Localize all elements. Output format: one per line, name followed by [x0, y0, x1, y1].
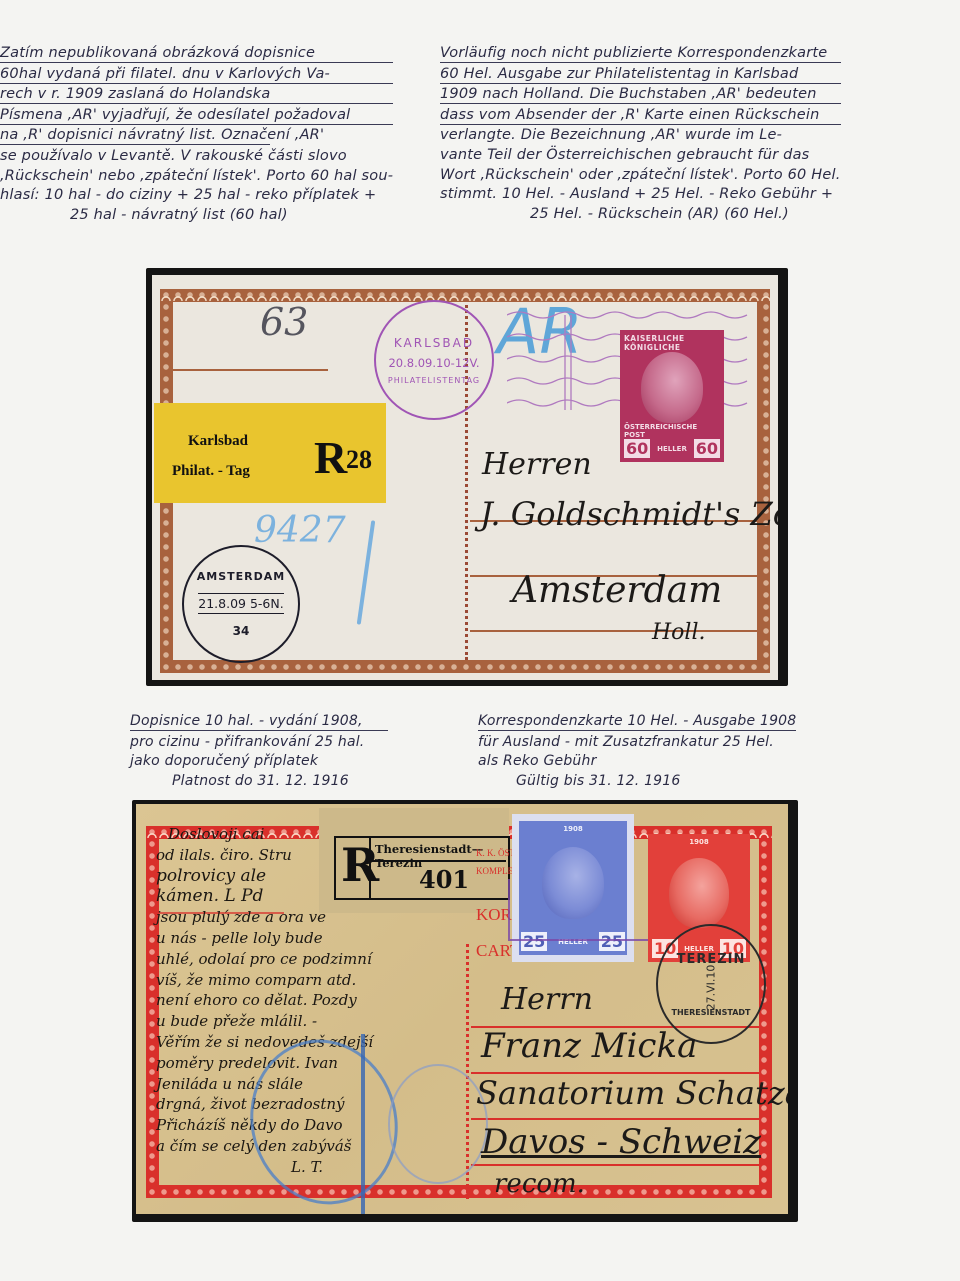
card2-address-line-5: recom.	[494, 1169, 585, 1199]
annotation-line: 25 Hel. - Rückschein (AR) (60 Hel.)	[440, 205, 841, 225]
indicium-value-left: 60	[624, 439, 650, 458]
card2-postcard: Doslovoji cai od ilals. čiro. Stru polro…	[136, 804, 788, 1214]
card2-blue-crayon-stroke	[361, 1034, 365, 1214]
card1-postmark-karlsbad: KARLSBAD 20.8.09.10-12V. PHILATELISTENTA…	[374, 300, 494, 420]
annotation-line: 60hal vydaná při filatel. dnu v Karlovýc…	[0, 65, 393, 84]
card1-registration-label: Karlsbad Philat. - Tag R 28	[154, 403, 386, 503]
card1-address-line-3: Amsterdam	[512, 570, 722, 611]
postmark-date: 27.VI.10	[704, 964, 717, 1010]
annotation-middle-left-czech: Dopisnice 10 hal. - vydání 1908, pro ciz…	[130, 712, 388, 791]
annotation-line: vante Teil der Österreichischen gebrauch…	[440, 146, 841, 166]
indicium-years: 1908	[689, 838, 708, 846]
emperor-portrait-icon	[669, 858, 729, 928]
reg-label-line2: Philat. - Tag	[172, 463, 250, 480]
card2-address-line-3: Sanatorium Schatzalp	[476, 1074, 788, 1112]
annotation-line: pro cizinu - přifrankování 25 hal.	[130, 733, 388, 753]
annotation-line: Dopisnice 10 hal. - vydání 1908,	[130, 712, 388, 731]
annotation-line: Zatím nepublikovaná obrázková dopisnice	[0, 44, 393, 63]
postmark-top-text: AMSTERDAM	[197, 570, 285, 583]
card1-address-line-1: Herren	[482, 447, 592, 482]
card2-address-line	[471, 1164, 761, 1166]
card1-address-line-2: J. Goldschmidt's Zonen	[480, 495, 778, 533]
card1-address-line-4: Holl.	[652, 620, 706, 645]
card1-blue-number: 9427	[254, 510, 346, 551]
reg-label-letter: R	[341, 838, 379, 892]
postmark-top-text: KARLSBAD	[394, 336, 474, 350]
annotation-line: ‚Rückschein' nebo ‚zpáteční lístek'. Por…	[0, 167, 393, 187]
reg-label-number: 28	[346, 445, 372, 475]
annotation-line: se používalo v Levantě. V rakouské části…	[0, 147, 393, 167]
annotation-line: Gültig bis 31. 12. 1916	[478, 772, 796, 792]
card1-writing-line	[173, 369, 328, 371]
card2-censor-seal	[388, 1064, 488, 1184]
card1-address-line	[470, 630, 760, 632]
annotation-line: verlangte. Die Bezeichnung ‚AR' wurde im…	[440, 126, 841, 146]
postmark-date: 20.8.09.10-12V.	[388, 356, 479, 370]
message-line: u nás - pelle loly bude	[156, 928, 476, 949]
annotation-line: hlasí: 10 hal - do ciziny + 25 hal - rek…	[0, 186, 393, 206]
card1-pencil-note: 63	[260, 300, 308, 344]
annotation-line: na ‚R' dopisnici návratný list. Označení…	[0, 126, 270, 145]
annotation-line: Wort ‚Rückschein' oder ‚zpáteční lístek'…	[440, 166, 841, 186]
card2-address-line-2: Franz Micka	[481, 1026, 697, 1066]
annotation-line: Písmena ‚AR' vyjadřují, že odesílatel po…	[0, 106, 393, 125]
indicium-top-text: KAISERLICHE KÖNIGLICHE	[624, 334, 720, 352]
annotation-line: jako doporučený příplatek	[130, 752, 388, 772]
reg-label-number: 401	[419, 865, 469, 894]
annotation-line: 25 hal - návratný list (60 hal)	[0, 206, 393, 226]
stamp-years: 1908	[563, 825, 582, 833]
indicium-side-text: ÖSTERREICHISCHE POST	[624, 423, 720, 439]
annotation-line: Platnost do 31. 12. 1916	[130, 772, 388, 792]
postmark-bottom-text: PHILATELISTENTAG	[388, 376, 480, 385]
annotation-middle-right-german: Korrespondenzkarte 10 Hel. - Ausgabe 190…	[478, 712, 796, 791]
annotation-line: rech v r. 1909 zaslaná do Holandska	[0, 85, 393, 104]
annotation-top-right-german: Vorläufig noch nicht publizierte Korresp…	[440, 44, 841, 224]
card1-postmark-amsterdam: AMSTERDAM 21.8.09 5-6N. 34	[182, 545, 300, 663]
card2-address-line-4: Davos - Schweiz	[481, 1122, 761, 1162]
annotation-line: Korrespondenzkarte 10 Hel. - Ausgabe 190…	[478, 712, 796, 731]
card2-address-line	[471, 1118, 761, 1120]
annotation-line: 60 Hel. Ausgabe zur Philatelistentag in …	[440, 65, 841, 84]
annotation-line: Vorläufig noch nicht publizierte Korresp…	[440, 44, 841, 63]
indicium-currency: HELLER	[657, 445, 687, 453]
reg-label-line1: Karlsbad	[188, 433, 248, 450]
emperor-portrait-icon	[641, 352, 703, 423]
card1-indicium-60-heller: KAISERLICHE KÖNIGLICHE ÖSTERREICHISCHE P…	[620, 330, 724, 462]
indicium-value-right: 60	[694, 439, 720, 458]
annotation-top-left-czech: Zatím nepublikovaná obrázková dopisnice …	[0, 44, 393, 225]
card1-postcard: 63 KARLSBAD 20.8.09.10-12V. PHILATELISTE…	[152, 275, 778, 680]
message-line: víš, že mimo comparn atd.	[156, 970, 476, 991]
annotation-line: stimmt. 10 Hel. - Ausland + 25 Hel. - Re…	[440, 185, 841, 205]
annotation-line: für Ausland - mit Zusatzfrankatur 25 Hel…	[478, 733, 796, 753]
annotation-line: 1909 nach Holland. Die Buchstaben ‚AR' b…	[440, 85, 841, 104]
message-line: u bude přeže mlálil. -	[156, 1011, 476, 1032]
annotation-line: als Reko Gebühr	[478, 752, 796, 772]
reg-label-letter: R	[314, 431, 347, 484]
card2-address-line-1: Herrn	[501, 982, 593, 1017]
postmark-date: 21.8.09 5-6N.	[198, 593, 283, 614]
message-line: uhlé, odolaí pro ce podzimní	[156, 949, 476, 970]
annotation-line: dass vom Absender der ‚R' Karte einen Rü…	[440, 106, 841, 125]
indicium-value-row: 60 HELLER 60	[624, 439, 720, 458]
reg-label-separator	[369, 836, 371, 898]
message-line: není ehoro co dělat. Pozdy	[156, 990, 476, 1011]
postmark-bottom-text: 34	[233, 624, 250, 638]
